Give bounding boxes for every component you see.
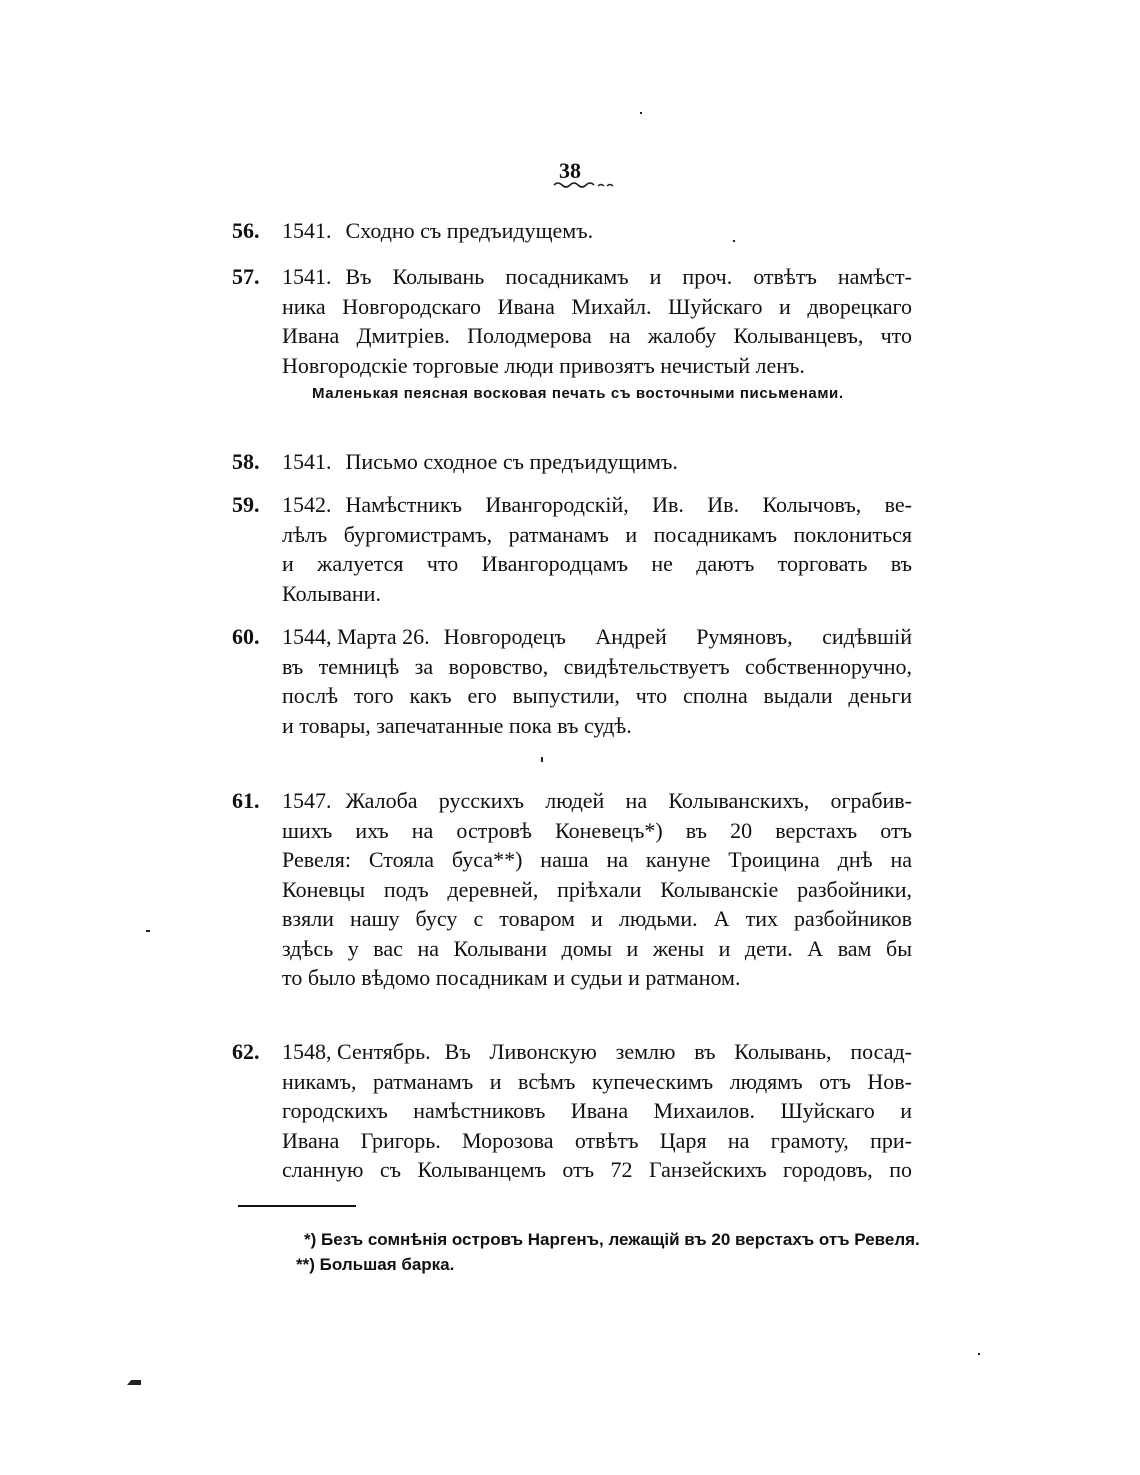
entry-text: Новгородскіе торговые люди привозятъ неч… bbox=[282, 351, 805, 381]
footnote-mark: **) bbox=[296, 1255, 315, 1274]
scan-speck bbox=[640, 112, 642, 114]
footnote-mark: *) bbox=[304, 1230, 316, 1249]
wavy-ornament-icon bbox=[552, 180, 616, 190]
entry-year: 1541. bbox=[282, 449, 332, 474]
entry-text: Коневцы подъ деревней, пріѣхали Колыванс… bbox=[282, 875, 912, 905]
footnote-text: Безъ сомнѣнія островъ Наргенъ, лежащій в… bbox=[321, 1230, 920, 1249]
entry-year: 1544, Марта 26. bbox=[282, 624, 430, 649]
entry-text: Жалоба русскихъ людей на Колыванскихъ, о… bbox=[346, 786, 913, 816]
entry-text: взяли нашу бусу с товаром и людьми. А ти… bbox=[282, 904, 912, 934]
entry-year: 1541. bbox=[282, 264, 332, 289]
entry-text: Сходно съ предъидущемъ. bbox=[346, 218, 594, 243]
entry-text: Въ Колывань посадникамъ и проч. отвѣтъ н… bbox=[346, 262, 913, 292]
entry-text: Ивана Дмитріев. Полодмерова на жалобу Ко… bbox=[282, 321, 912, 351]
entry-text: Ивана Григорь. Морозова отвѣтъ Царя на г… bbox=[282, 1126, 912, 1156]
entry-year: 1548, Сентябрь. bbox=[282, 1039, 431, 1064]
entry-57: 57.1541.Въ Колывань посадникамъ и проч. … bbox=[232, 262, 912, 380]
entry-text: Письмо сходное съ предъидущимъ. bbox=[346, 449, 678, 474]
entry-number: 58. bbox=[232, 447, 282, 477]
entry-text: лѣлъ бургомистрамъ, ратманамъ и посадник… bbox=[282, 520, 912, 550]
entry-year: 1547. bbox=[282, 788, 332, 813]
entry-62: 62.1548, Сентябрь.Въ Ливонскую землю въ … bbox=[232, 1037, 912, 1185]
entry-number: 61. bbox=[232, 786, 282, 816]
entry-61: 61.1547.Жалоба русскихъ людей на Колыван… bbox=[232, 786, 912, 993]
entry-number: 62. bbox=[232, 1037, 282, 1067]
scan-speck bbox=[541, 757, 543, 762]
entry-text: городскихъ намѣстниковъ Ивана Михаилов. … bbox=[282, 1096, 912, 1126]
entry-text: то было вѣдомо посадникам и судьи и ратм… bbox=[282, 963, 740, 993]
entry-text: Новгородецъ Андрей Румяновъ, сидѣвшій bbox=[444, 622, 912, 652]
entry-number: 59. bbox=[232, 490, 282, 520]
entry-year: 1542. bbox=[282, 492, 332, 517]
entry-text: сланную съ Колыванцемъ отъ 72 Ганзейских… bbox=[282, 1155, 912, 1185]
footnote-1: *) Безъ сомнѣнія островъ Наргенъ, лежащі… bbox=[304, 1230, 920, 1250]
entry-text: Колывани. bbox=[282, 579, 381, 609]
entry-text: шихъ ихъ на островѣ Коневецъ*) въ 20 вер… bbox=[282, 816, 912, 846]
entry-number: 57. bbox=[232, 262, 282, 292]
entry-text: ника Новгородскаго Ивана Михайл. Шуйскаг… bbox=[282, 292, 912, 322]
entry-number: 60. bbox=[232, 622, 282, 652]
footnote-divider bbox=[238, 1205, 356, 1207]
entry-text: и товары, запечатанные пока въ судѣ. bbox=[282, 711, 632, 741]
footnote-2: **) Большая барка. bbox=[296, 1255, 454, 1275]
footnote-text: Большая барка. bbox=[320, 1255, 455, 1274]
entry-text: Ревеля: Стояла буса**) наша на кануне Тр… bbox=[282, 845, 912, 875]
entry-60: 60.1544, Марта 26.Новгородецъ Андрей Рум… bbox=[232, 622, 912, 740]
entry-text: здѣсь у вас на Колывани домы и жены и де… bbox=[282, 934, 912, 964]
scan-speck bbox=[127, 1380, 141, 1385]
entry-text: послѣ того какъ его выпустили, что сполн… bbox=[282, 681, 912, 711]
entry-number: 56. bbox=[232, 216, 282, 246]
entry-text: никамъ, ратманамъ и всѣмъ купеческимъ лю… bbox=[282, 1067, 912, 1097]
scan-speck bbox=[733, 240, 735, 242]
entry-59: 59.1542.Намѣстникъ Ивангородскій, Ив. Ив… bbox=[232, 490, 912, 608]
entry-56: 56.1541.Сходно съ предъидущемъ. bbox=[232, 216, 912, 246]
entry-text: въ темницѣ за воровство, свидѣтельствует… bbox=[282, 652, 912, 682]
entry-text: Въ Ливонскую землю въ Колывань, посад- bbox=[445, 1037, 912, 1067]
scan-speck bbox=[978, 1353, 980, 1355]
entry-text: и жалуется что Ивангородцамъ не даютъ то… bbox=[282, 549, 912, 579]
entry-58: 58.1541.Письмо сходное съ предъидущимъ. bbox=[232, 447, 912, 477]
scan-speck bbox=[146, 930, 150, 932]
entry-year: 1541. bbox=[282, 218, 332, 243]
seal-note: Маленькая пеясная восковая печать съ вос… bbox=[312, 385, 892, 402]
entry-text: Намѣстникъ Ивангородскій, Ив. Ив. Колычо… bbox=[346, 490, 913, 520]
